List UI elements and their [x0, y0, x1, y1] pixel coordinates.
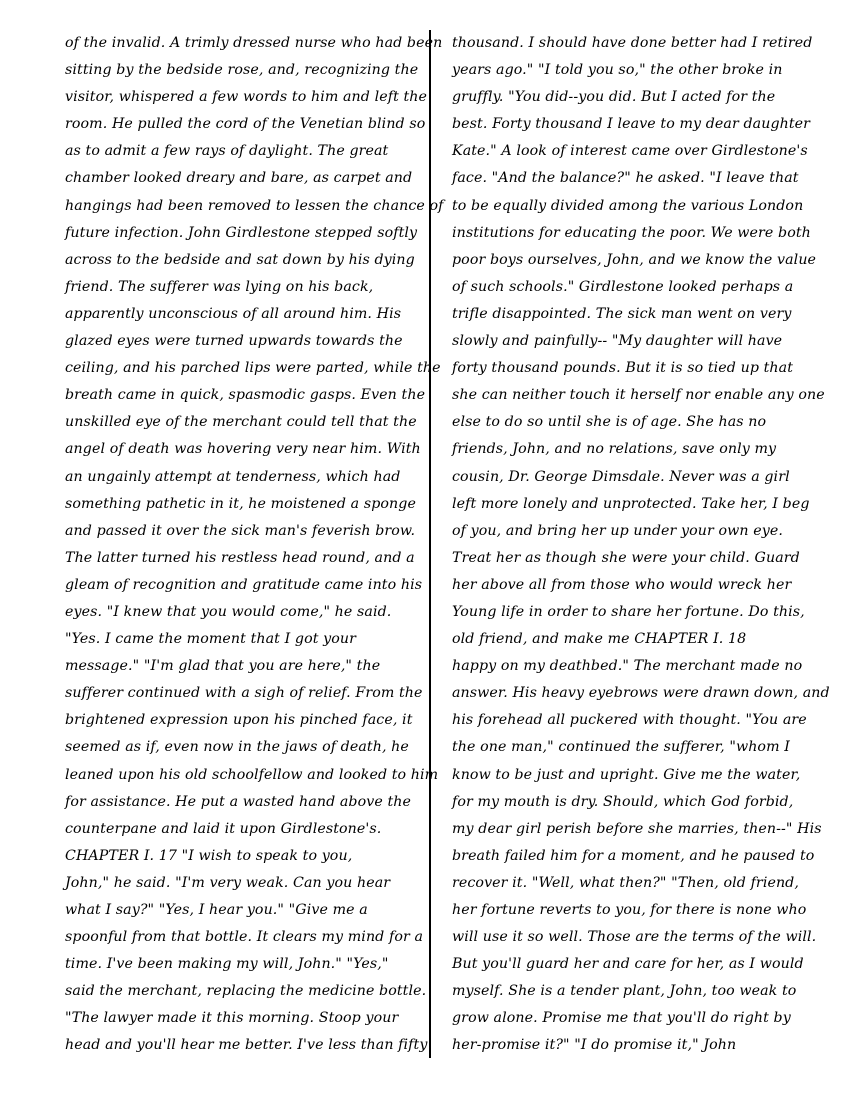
text-line: hangings had been removed to lessen the …: [65, 193, 415, 220]
text-line: for assistance. He put a wasted hand abo…: [65, 789, 415, 816]
text-line: chamber looked dreary and bare, as carpe…: [65, 165, 415, 192]
text-line: she can neither touch it herself nor ena…: [452, 382, 802, 409]
text-line: forty thousand pounds. But it is so tied…: [452, 355, 802, 382]
text-line: unskilled eye of the merchant could tell…: [65, 409, 415, 436]
text-line: eyes. "I knew that you would come," he s…: [65, 599, 415, 626]
text-line: slowly and painfully-- "My daughter will…: [452, 328, 802, 355]
text-line: "The lawyer made it this morning. Stoop …: [65, 1005, 415, 1032]
text-line: John," he said. "I'm very weak. Can you …: [65, 870, 415, 897]
left-text-column: of the invalid. A trimly dressed nurse w…: [65, 30, 415, 1060]
text-line: head and you'll hear me better. I've les…: [65, 1032, 415, 1059]
text-line: of such schools." Girdlestone looked per…: [452, 274, 802, 301]
text-line: friends, John, and no relations, save on…: [452, 436, 802, 463]
text-line: as to admit a few rays of daylight. The …: [65, 138, 415, 165]
text-line: and passed it over the sick man's feveri…: [65, 518, 415, 545]
text-line: friend. The sufferer was lying on his ba…: [65, 274, 415, 301]
text-line: trifle disappointed. The sick man went o…: [452, 301, 802, 328]
text-line: seemed as if, even now in the jaws of de…: [65, 734, 415, 761]
text-line: glazed eyes were turned upwards towards …: [65, 328, 415, 355]
text-line: Young life in order to share her fortune…: [452, 599, 802, 626]
text-line: "Yes. I came the moment that I got your: [65, 626, 415, 653]
text-line: Kate." A look of interest came over Gird…: [452, 138, 802, 165]
text-line: of you, and bring her up under your own …: [452, 518, 802, 545]
right-text-column: thousand. I should have done better had …: [452, 30, 802, 1060]
text-line: her fortune reverts to you, for there is…: [452, 897, 802, 924]
column-divider: [429, 30, 431, 1058]
text-line: myself. She is a tender plant, John, too…: [452, 978, 802, 1005]
text-line: thousand. I should have done better had …: [452, 30, 802, 57]
text-line: her above all from those who would wreck…: [452, 572, 802, 599]
text-line: message." "I'm glad that you are here," …: [65, 653, 415, 680]
text-line: what I say?" "Yes, I hear you." "Give me…: [65, 897, 415, 924]
text-line: counterpane and laid it upon Girdlestone…: [65, 816, 415, 843]
text-line: will use it so well. Those are the terms…: [452, 924, 802, 951]
text-line: an ungainly attempt at tenderness, which…: [65, 464, 415, 491]
text-line: sufferer continued with a sigh of relief…: [65, 680, 415, 707]
text-line: poor boys ourselves, John, and we know t…: [452, 247, 802, 274]
text-line: something pathetic in it, he moistened a…: [65, 491, 415, 518]
text-line: answer. His heavy eyebrows were drawn do…: [452, 680, 802, 707]
text-line: breath failed him for a moment, and he p…: [452, 843, 802, 870]
text-line: The latter turned his restless head roun…: [65, 545, 415, 572]
text-line: left more lonely and unprotected. Take h…: [452, 491, 802, 518]
text-line: brightened expression upon his pinched f…: [65, 707, 415, 734]
text-line: apparently unconscious of all around him…: [65, 301, 415, 328]
text-line: recover it. "Well, what then?" "Then, ol…: [452, 870, 802, 897]
document-page: of the invalid. A trimly dressed nurse w…: [0, 0, 858, 1111]
text-line: future infection. John Girdlestone stepp…: [65, 220, 415, 247]
text-line: But you'll guard her and care for her, a…: [452, 951, 802, 978]
text-line: know to be just and upright. Give me the…: [452, 762, 802, 789]
text-line: her-promise it?" "I do promise it," John: [452, 1032, 802, 1059]
text-line: happy on my deathbed." The merchant made…: [452, 653, 802, 680]
text-line: of the invalid. A trimly dressed nurse w…: [65, 30, 415, 57]
text-line: years ago." "I told you so," the other b…: [452, 57, 802, 84]
text-line: face. "And the balance?" he asked. "I le…: [452, 165, 802, 192]
text-line: his forehead all puckered with thought. …: [452, 707, 802, 734]
text-line: grow alone. Promise me that you'll do ri…: [452, 1005, 802, 1032]
text-line: room. He pulled the cord of the Venetian…: [65, 111, 415, 138]
text-line: best. Forty thousand I leave to my dear …: [452, 111, 802, 138]
text-line: sitting by the bedside rose, and, recogn…: [65, 57, 415, 84]
text-line: spoonful from that bottle. It clears my …: [65, 924, 415, 951]
text-line: cousin, Dr. George Dimsdale. Never was a…: [452, 464, 802, 491]
text-line: CHAPTER I. 17 "I wish to speak to you,: [65, 843, 415, 870]
text-line: old friend, and make me CHAPTER I. 18: [452, 626, 802, 653]
text-line: gruffly. "You did--you did. But I acted …: [452, 84, 802, 111]
text-line: for my mouth is dry. Should, which God f…: [452, 789, 802, 816]
text-line: angel of death was hovering very near hi…: [65, 436, 415, 463]
text-line: said the merchant, replacing the medicin…: [65, 978, 415, 1005]
text-line: my dear girl perish before she marries, …: [452, 816, 802, 843]
text-line: gleam of recognition and gratitude came …: [65, 572, 415, 599]
text-line: the one man," continued the sufferer, "w…: [452, 734, 802, 761]
text-line: visitor, whispered a few words to him an…: [65, 84, 415, 111]
text-line: institutions for educating the poor. We …: [452, 220, 802, 247]
text-line: leaned upon his old schoolfellow and loo…: [65, 762, 415, 789]
text-line: to be equally divided among the various …: [452, 193, 802, 220]
text-line: else to do so until she is of age. She h…: [452, 409, 802, 436]
text-line: Treat her as though she were your child.…: [452, 545, 802, 572]
text-line: breath came in quick, spasmodic gasps. E…: [65, 382, 415, 409]
text-line: ceiling, and his parched lips were parte…: [65, 355, 415, 382]
text-line: across to the bedside and sat down by hi…: [65, 247, 415, 274]
text-line: time. I've been making my will, John." "…: [65, 951, 415, 978]
